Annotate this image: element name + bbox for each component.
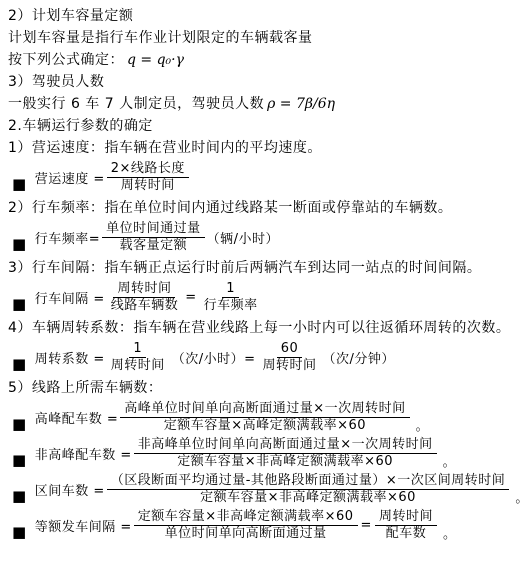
caption-operating-speed: 1）营运速度：指车辆在营业时间内的平均速度。	[8, 137, 517, 159]
fraction-denominator: 载客量定额	[116, 238, 192, 254]
fraction-numerator: 2×线路长度	[107, 161, 189, 178]
fraction: 高峰单位时间单向高断面通过量×一次周转时间 定额车容量×高峰定额满载率×60	[120, 401, 409, 434]
black-square-marker: ■	[12, 178, 27, 191]
fraction-numerator: 周转时间	[113, 281, 175, 298]
black-square-marker: ■	[12, 490, 27, 503]
heading-run-params: 2.车辆运行参数的确定	[8, 115, 517, 137]
black-square-marker: ■	[12, 526, 27, 539]
equals-sign: =	[361, 518, 372, 533]
fraction: 2×线路长度 周转时间	[107, 161, 189, 194]
formula-lhs: 非高峰配车数 =	[35, 444, 132, 463]
fraction-numerator: 高峰单位时间单向高断面通过量×一次周转时间	[120, 401, 409, 418]
black-square-marker: ■	[12, 358, 27, 371]
drivers-desc: 一般实行 6 车 7 人制定员，驾驶员人数	[8, 96, 264, 112]
fraction-denominator: 行车频率	[200, 298, 262, 314]
drivers-formula-line: 一般实行 6 车 7 人制定员，驾驶员人数ρ = 7β/6η	[8, 93, 517, 115]
fraction-numerator: （区段断面平均通过量-其他路段断面通过量）×一次区间周转时间	[107, 473, 510, 490]
fraction: 1 周转时间	[107, 341, 169, 374]
fraction: （区段断面平均通过量-其他路段断面通过量）×一次区间周转时间 定额车容量×非高峰…	[107, 473, 510, 506]
black-square-marker: ■	[12, 454, 27, 467]
period-mark: 。	[515, 492, 521, 506]
document: 2）计划车容量定额 计划车容量是指行车作业计划限定的车辆载客量 按下列公式确定：…	[0, 0, 521, 542]
drivers-formula: ρ = 7β/6η	[264, 96, 335, 112]
fraction-numerator: 定额车容量×非高峰定额满载率×60	[134, 509, 358, 526]
period-mark: 。	[443, 528, 457, 542]
fraction-numerator: 1	[222, 281, 239, 298]
formula-peak-fleet: ■ 高峰配车数 = 高峰单位时间单向高断面通过量×一次周转时间 定额车容量×高峰…	[12, 401, 517, 434]
fraction-numerator: 1	[129, 341, 146, 358]
caption-headway: 3）行车间隔：指车辆正点运行时前后两辆汽车到达同一站点的时间间隔。	[8, 257, 517, 279]
black-square-marker: ■	[12, 238, 27, 251]
fraction-numerator: 非高峰单位时间单向高断面通过量×一次周转时间	[134, 437, 437, 454]
unit-and-equals: （次/小时）=	[172, 348, 256, 367]
formula-lhs: 区间车数 =	[35, 480, 105, 499]
caption-frequency: 2）行车频率：指在单位时间内通过线路某一断面或停靠站的车辆数。	[8, 197, 517, 219]
planned-capacity-desc: 计划车容量是指行车作业计划限定的车辆载客量	[8, 27, 517, 49]
period-mark: 。	[443, 456, 457, 470]
fraction: 单位时间通过量 载客量定额	[102, 221, 205, 254]
formula-equal-headway: ■ 等额发车间隔 = 定额车容量×非高峰定额满载率×60 单位时间单向高断面通过…	[12, 509, 517, 542]
caption-turnover: 4）车辆周转系数：指车辆在营业线路上每一小时内可以往返循环周转的次数。	[8, 317, 517, 339]
fraction-numerator: 单位时间通过量	[102, 221, 205, 238]
fraction: 周转时间 配车数	[375, 509, 437, 542]
formula-frequency: ■ 行车频率= 单位时间通过量 载客量定额 （辆/小时）	[12, 221, 517, 254]
fraction-denominator: 线路车辆数	[107, 298, 183, 314]
equals-sign: =	[185, 290, 196, 305]
formula-operating-speed: ■ 营运速度 = 2×线路长度 周转时间	[12, 161, 517, 194]
formula-lhs: 行车频率=	[35, 228, 100, 247]
formula-turnover: ■ 周转系数 = 1 周转时间 （次/小时）= 60 周转时间 （次/分钟）	[12, 341, 517, 374]
formula-unit: （辆/小时）	[207, 228, 279, 247]
heading-planned-capacity: 2）计划车容量定额	[8, 5, 517, 27]
formula-lhs: 行车间隔 =	[35, 288, 105, 307]
fraction: 1 行车频率	[200, 281, 262, 314]
black-square-marker: ■	[12, 298, 27, 311]
formula-lhs: 高峰配车数 =	[35, 408, 119, 427]
fraction: 非高峰单位时间单向高断面通过量×一次周转时间 定额车容量×非高峰定额满载率×60	[134, 437, 437, 470]
black-square-marker: ■	[12, 418, 27, 431]
fraction: 定额车容量×非高峰定额满载率×60 单位时间单向高断面通过量	[134, 509, 358, 542]
fraction-denominator: 周转时间	[259, 358, 321, 374]
formula-headway: ■ 行车间隔 = 周转时间 线路车辆数 = 1 行车频率	[12, 281, 517, 314]
fraction-denominator: 周转时间	[107, 358, 169, 374]
fraction-denominator: 单位时间单向高断面通过量	[161, 526, 331, 542]
capacity-formula: q = q₀·γ	[124, 52, 184, 68]
capacity-formula-intro: 按下列公式确定：	[8, 52, 124, 68]
formula-offpeak-fleet: ■ 非高峰配车数 = 非高峰单位时间单向高断面通过量×一次周转时间 定额车容量×…	[12, 437, 517, 470]
fraction: 周转时间 线路车辆数	[107, 281, 183, 314]
period-mark: 。	[416, 420, 430, 434]
fraction-numerator: 60	[277, 341, 303, 358]
formula-lhs: 营运速度 =	[35, 168, 105, 187]
fraction: 60 周转时间	[259, 341, 321, 374]
formula-section-cars: ■ 区间车数 = （区段断面平均通过量-其他路段断面通过量）×一次区间周转时间 …	[12, 473, 517, 506]
formula-unit: （次/分钟）	[323, 348, 395, 367]
caption-fleet: 5）线路上所需车辆数：	[8, 377, 517, 399]
fraction-denominator: 配车数	[382, 526, 431, 542]
fraction-denominator: 定额车容量×高峰定额满载率×60	[160, 418, 370, 434]
fraction-numerator: 周转时间	[375, 509, 437, 526]
heading-drivers: 3）驾驶员人数	[8, 71, 517, 93]
capacity-formula-line: 按下列公式确定：q = q₀·γ	[8, 49, 517, 71]
formula-lhs: 周转系数 =	[35, 348, 105, 367]
fraction-denominator: 定额车容量×非高峰定额满载率×60	[196, 490, 420, 506]
formula-lhs: 等额发车间隔 =	[35, 516, 132, 535]
fraction-denominator: 周转时间	[117, 178, 179, 194]
fraction-denominator: 定额车容量×非高峰定额满载率×60	[173, 454, 397, 470]
